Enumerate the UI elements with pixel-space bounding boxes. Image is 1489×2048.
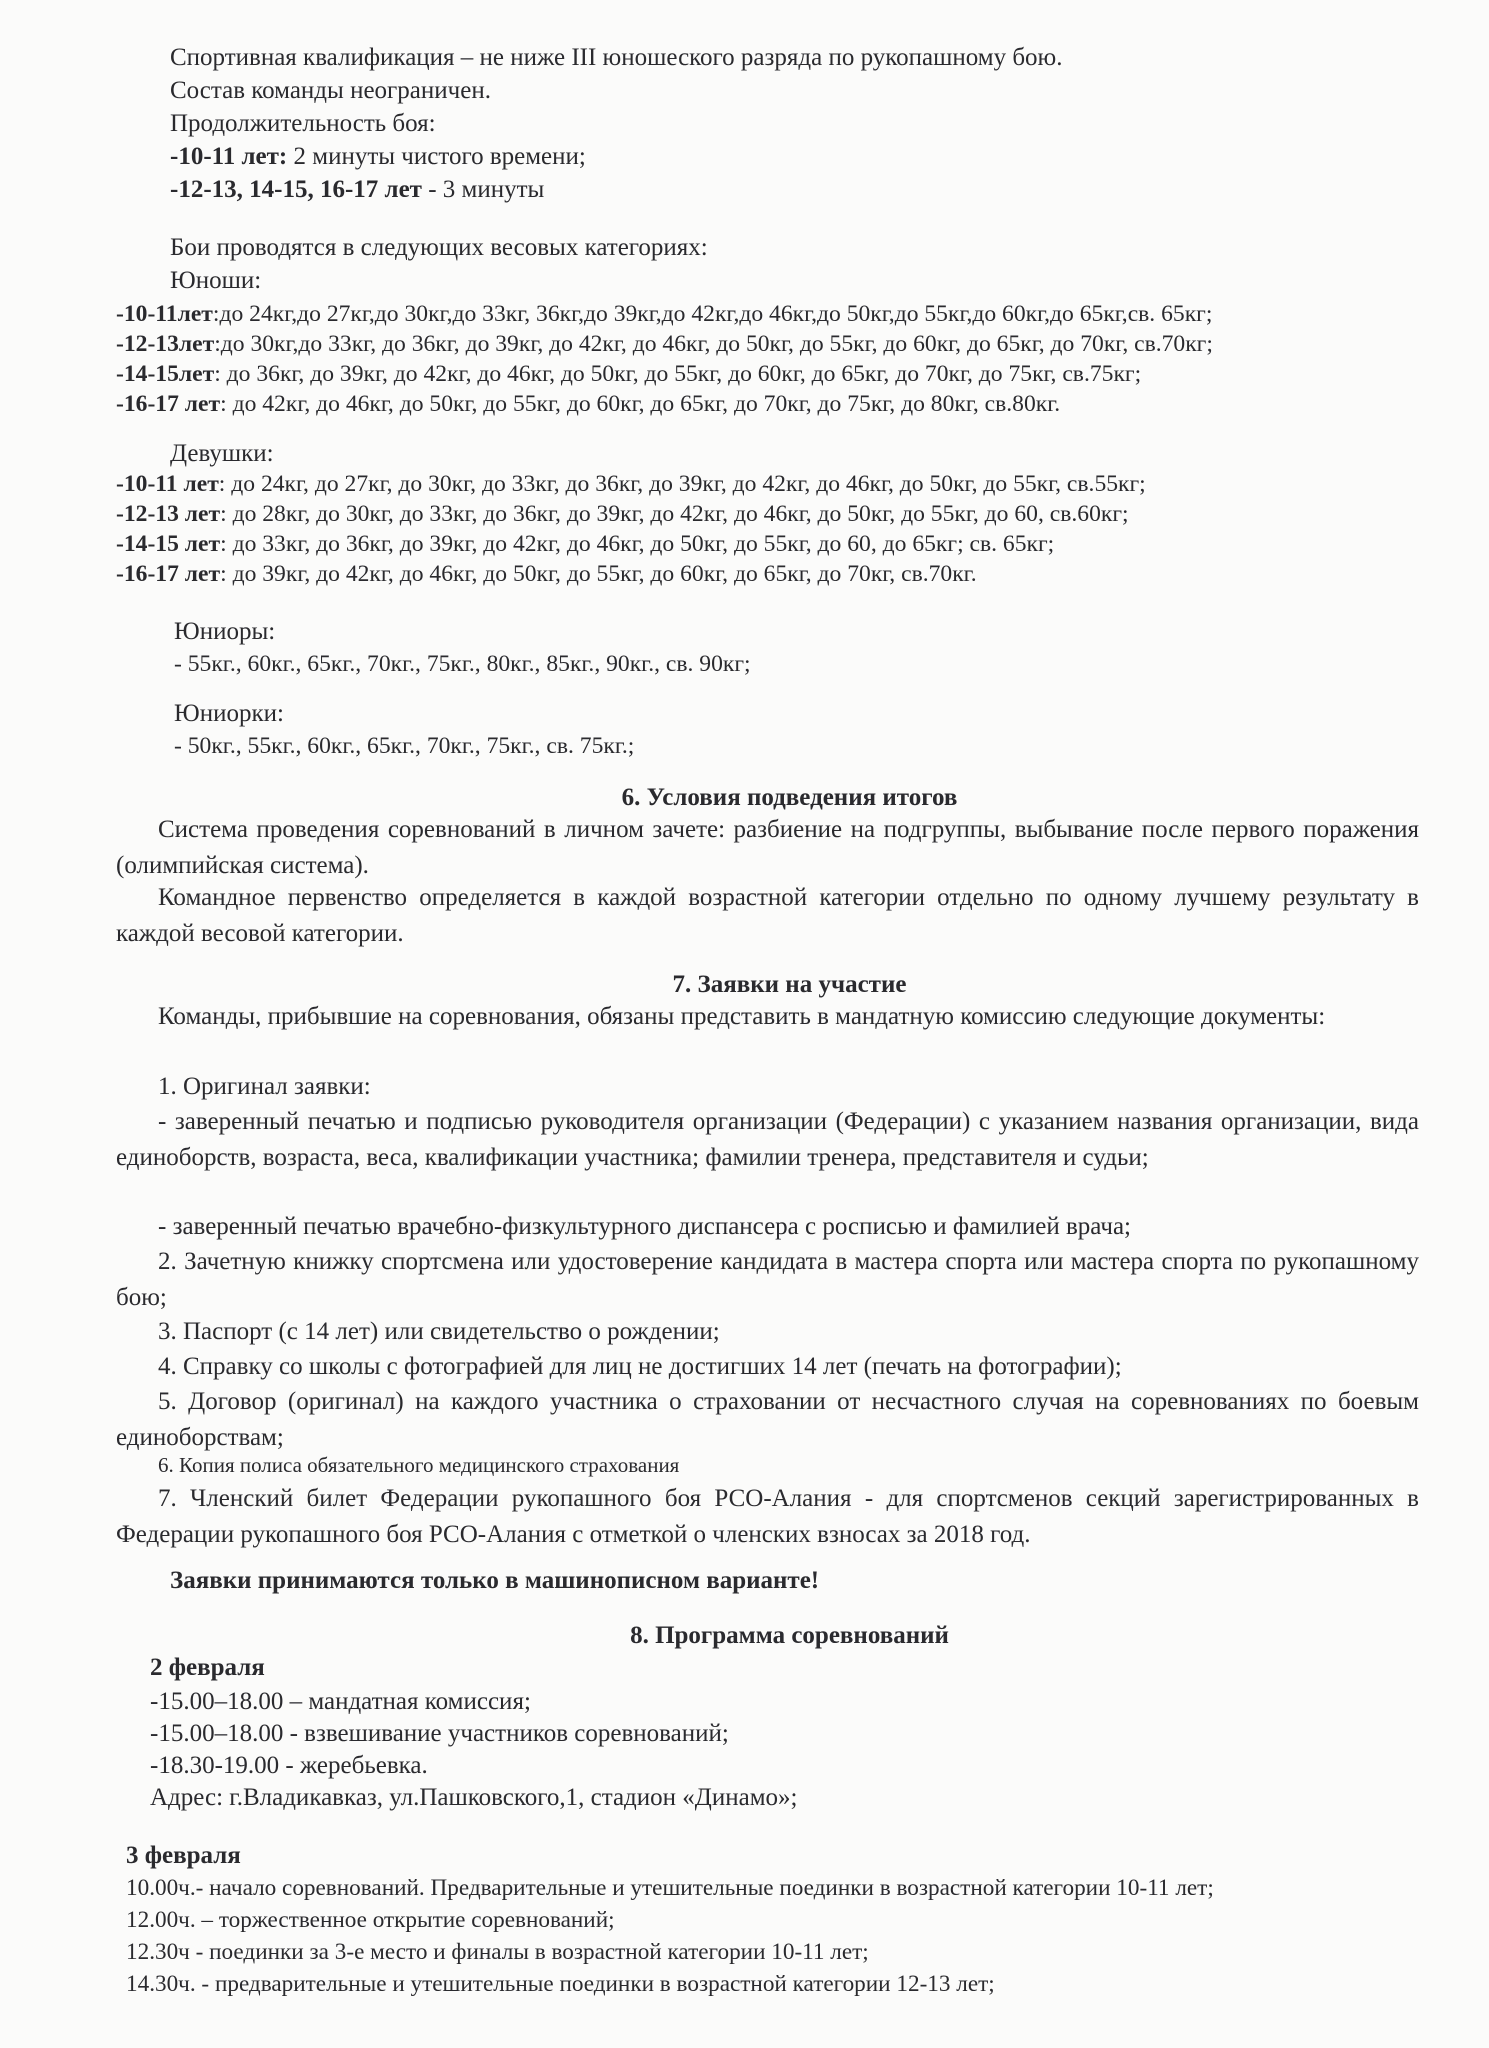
day-2-date: 3 февраля [126,1840,241,1872]
day-1-date: 2 февраля [150,1652,265,1684]
weight-list: : до 36кг, до 39кг, до 42кг, до 46кг, до… [214,361,1141,387]
document-page: Спортивная квалификация – не ниже III юн… [0,0,1489,2048]
age-group: -10-11 лет [116,471,219,497]
boys-weight-row: -12-13лет:до 30кг,до 33кг, до 36кг, до 3… [116,328,1213,360]
schedule-item: -15.00–18.00 – мандатная комиссия; [150,1686,531,1718]
section-7-intro: Команды, прибывшие на соревнования, обяз… [116,999,1419,1035]
application-item-7: 7. Членский билет Федерации рукопашного … [116,1481,1419,1553]
schedule-item: -15.00–18.00 - взвешивание участников со… [150,1718,729,1750]
application-item-6: 6. Копия полиса обязательного медицинско… [116,1450,1419,1480]
boys-weight-row: -10-11лет:до 24кг,до 27кг,до 30кг,до 33к… [116,298,1212,330]
girls-weight-row: -16-17 лет: до 39кг, до 42кг, до 46кг, д… [116,558,977,590]
team-text: Состав команды неограничен. [170,75,491,107]
age-group: -14-15лет [116,361,214,387]
duration-ages: -12-13, 14-15, 16-17 лет [170,176,422,203]
schedule-item: -18.30-19.00 - жеребьевка. [150,1750,428,1782]
qualification-text: Спортивная квалификация – не ниже III юн… [170,42,1062,74]
weight-list: : до 24кг, до 27кг, до 30кг, до 33кг, до… [219,471,1146,497]
duration-value: 2 минуты чистого времени; [287,143,586,170]
section-6-paragraph: Командное первенство определяется в кажд… [116,880,1419,952]
duration-value: - 3 минуты [422,176,544,203]
girls-weight-row: -12-13 лет: до 28кг, до 30кг, до 33кг, д… [116,498,1129,530]
age-group: -16-17 лет [116,561,220,587]
typed-only-note: Заявки принимаются только в машинописном… [170,1565,819,1597]
section-7-heading: 7. Заявки на участие [0,969,1489,1001]
weight-list: : до 33кг, до 36кг, до 39кг, до 42кг, до… [220,531,1054,557]
schedule-item: 14.30ч. - предварительные и утешительные… [126,1968,995,2000]
juniors-male-weights: - 55кг., 60кг., 65кг., 70кг., 75кг., 80к… [174,648,751,680]
age-group: -14-15 лет [116,531,220,557]
section-8-heading: 8. Программа соревнований [0,1620,1489,1652]
age-group: -10-11лет [116,301,213,327]
age-group: -16-17 лет [116,391,220,417]
girls-weight-row: -10-11 лет: до 24кг, до 27кг, до 30кг, д… [116,468,1146,500]
schedule-item: 10.00ч.- начало соревнований. Предварите… [126,1872,1214,1904]
application-item-2: 2. Зачетную книжку спортсмена или удосто… [116,1244,1419,1316]
boys-weight-row: -14-15лет: до 36кг, до 39кг, до 42кг, до… [116,358,1141,390]
boys-title: Юноши: [170,265,261,297]
application-item-4: 4. Справку со школы с фотографией для ли… [116,1349,1419,1385]
application-item-1: 1. Оригинал заявки: [116,1069,1419,1105]
weight-list: :до 30кг,до 33кг, до 36кг, до 39кг, до 4… [214,331,1213,357]
juniors-female-title: Юниорки: [174,698,284,730]
application-item-1a: - заверенный печатью и подписью руководи… [116,1104,1419,1176]
schedule-item: 12.30ч - поединки за 3-е место и финалы … [126,1936,869,1968]
duration-title: Продолжительность боя: [170,108,436,140]
application-item-3: 3. Паспорт (с 14 лет) или свидетельство … [116,1314,1419,1350]
application-item-1b: - заверенный печатью врачебно-физкультур… [116,1209,1419,1245]
application-item-5: 5. Договор (оригинал) на каждого участни… [116,1384,1419,1456]
weight-list: : до 39кг, до 42кг, до 46кг, до 50кг, до… [220,561,976,587]
juniors-male-title: Юниоры: [174,616,275,648]
weight-list: : до 28кг, до 30кг, до 33кг, до 36кг, до… [220,501,1128,527]
duration-row: -10-11 лет: 2 минуты чистого времени; [170,141,586,173]
duration-ages: -10-11 лет: [170,143,287,170]
boys-weight-row: -16-17 лет: до 42кг, до 46кг, до 50кг, д… [116,388,1060,420]
section-6-paragraph: Система проведения соревнований в личном… [116,812,1419,884]
duration-row: -12-13, 14-15, 16-17 лет - 3 минуты [170,174,544,206]
weight-list: :до 24кг,до 27кг,до 30кг,до 33кг, 36кг,д… [213,301,1213,327]
girls-title: Девушки: [170,438,274,470]
weights-title: Бои проводятся в следующих весовых катег… [170,232,708,264]
schedule-item: 12.00ч. – торжественное открытие соревно… [126,1904,615,1936]
girls-weight-row: -14-15 лет: до 33кг, до 36кг, до 39кг, д… [116,528,1054,560]
age-group: -12-13лет [116,331,214,357]
weight-list: : до 42кг, до 46кг, до 50кг, до 55кг, до… [220,391,1060,417]
address-text: Адрес: г.Владикавказ, ул.Пашковского,1, … [150,1782,797,1814]
juniors-female-weights: - 50кг., 55кг., 60кг., 65кг., 70кг., 75к… [174,730,634,762]
age-group: -12-13 лет [116,501,220,527]
section-6-heading: 6. Условия подведения итогов [0,782,1489,814]
